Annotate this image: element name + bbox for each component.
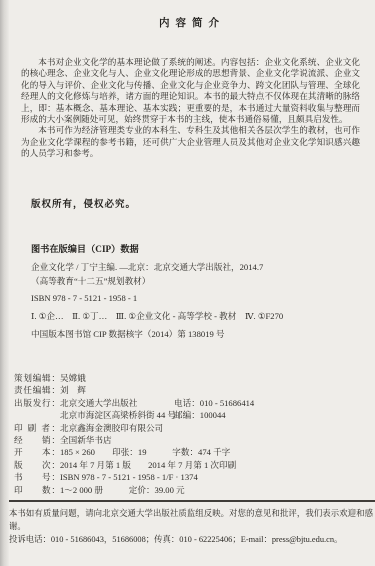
scanned-copyright-page: { "intro": { "title": "内容简介", "paragraph… <box>0 0 375 566</box>
imprint-value: 1～2 000 册 定价：39.00 元 <box>60 485 185 495</box>
imprint-address: 北京市海淀区高梁桥斜街 44 号 <box>60 410 176 420</box>
quality-notice-line-1: 本书如有质量问题，请向北京交通大学出版社质监组反映。对您的意见和批评，我们表示欢… <box>9 507 373 533</box>
intro-paragraph-2: 本书可作为经济管理类专业的本科生、专科生及其他相关各层次学生的教材，也可作为企业… <box>21 125 360 159</box>
imprint-row-printer: 印 刷 者：北京鑫海金澳胶印有限公司 <box>14 422 369 434</box>
cip-data-block: 图书在版编目（CIP）数据 企业文化学 / 丁宁主编. —北京：北京交通大学出版… <box>31 241 361 340</box>
imprint-value: 全国新华书店 <box>60 435 112 445</box>
imprint-row-distributor: 经 销：全国新华书店 <box>14 434 369 446</box>
imprint-postcode: 邮编：100044 <box>174 409 226 421</box>
imprint-value: ISBN 978 - 7 - 5121 - 1958 - 1/F · 1374 <box>60 472 198 482</box>
imprint-label: 出版发行： <box>14 397 60 409</box>
imprint-label: 印 刷 者： <box>14 422 60 434</box>
imprint-row-book-number: 书 号：ISBN 978 - 7 - 5121 - 1958 - 1/F · 1… <box>14 471 369 483</box>
quality-notice-line-2: 投诉电话：010 - 51686043，51686008；传真：010 - 62… <box>9 533 373 546</box>
imprint-row-publisher: 出版发行：北京交通大学出版社 电话：010 - 51686414 <box>14 397 369 409</box>
imprint-label: 印 数： <box>14 484 60 496</box>
quality-notice: 本书如有质量问题，请向北京交通大学出版社质监组反映。对您的意见和批评，我们表示欢… <box>9 507 373 547</box>
imprint-value: 185 × 260 印张：19 字数：474 千字 <box>60 447 230 457</box>
page-sheet: 内容简介 本书对企业文化学的基本理论做了系统的阐述。内容包括：企业文化系统、企业… <box>9 0 375 566</box>
intro-paragraph-1: 本书对企业文化学的基本理论做了系统的阐述。内容包括：企业文化系统、企业文化的核心… <box>21 57 360 125</box>
imprint-block: 策划编辑：吴嫦娥 责任编辑：刘 辉 出版发行：北京交通大学出版社 电话：010 … <box>14 372 369 496</box>
imprint-value: 吴嫦娥 <box>60 373 86 383</box>
imprint-label: 版 次： <box>14 459 60 471</box>
imprint-value: 北京鑫海金澳胶印有限公司 <box>60 423 163 433</box>
cip-title-line: 企业文化学 / 丁宁主编. —北京：北京交通大学出版社，2014.7 <box>31 262 361 273</box>
cip-classification-line: Ⅰ. ①企… Ⅱ. ①丁… Ⅲ. ①企业文化 - 高等学校 - 教材 Ⅳ. ①F… <box>31 311 361 322</box>
content-summary-title: 内容简介 <box>9 15 375 30</box>
imprint-phone: 电话：010 - 51686414 <box>174 397 254 409</box>
imprint-label: 书 号： <box>14 471 60 483</box>
content-summary-body: 本书对企业文化学的基本理论做了系统的阐述。内容包括：企业文化系统、企业文化的核心… <box>21 57 360 160</box>
imprint-label: 责任编辑： <box>14 384 60 396</box>
cip-isbn-line: ISBN 978 - 7 - 5121 - 1958 - 1 <box>31 293 361 304</box>
imprint-label: 策划编辑： <box>14 372 60 384</box>
cip-series-line: （高等教育“十二五”规划教材） <box>31 276 361 287</box>
imprint-value: 北京交通大学出版社 <box>60 398 137 408</box>
copyright-notice: 版权所有，侵权必究。 <box>31 196 136 210</box>
scan-edge-shadow <box>0 0 9 566</box>
cip-heading: 图书在版编目（CIP）数据 <box>31 241 361 255</box>
imprint-value: 2014 年 7 月第 1 版 2014 年 7 月第 1 次印刷 <box>60 460 236 470</box>
imprint-row-responsible-editor: 责任编辑：刘 辉 <box>14 384 369 396</box>
imprint-value: 刘 辉 <box>60 385 86 395</box>
footer-divider <box>9 500 375 502</box>
cip-record-number-line: 中国版本图书馆 CIP 数据核字（2014）第 138019 号 <box>31 329 361 340</box>
imprint-row-print-run: 印 数：1～2 000 册 定价：39.00 元 <box>14 484 369 496</box>
imprint-row-address: 北京市海淀区高梁桥斜街 44 号 邮编：100044 <box>14 409 369 421</box>
imprint-row-planning-editor: 策划编辑：吴嫦娥 <box>14 372 369 384</box>
imprint-label: 经 销： <box>14 434 60 446</box>
imprint-label: 开 本： <box>14 446 60 458</box>
imprint-row-edition: 版 次：2014 年 7 月第 1 版 2014 年 7 月第 1 次印刷 <box>14 459 369 471</box>
imprint-row-format: 开 本：185 × 260 印张：19 字数：474 千字 <box>14 446 369 458</box>
